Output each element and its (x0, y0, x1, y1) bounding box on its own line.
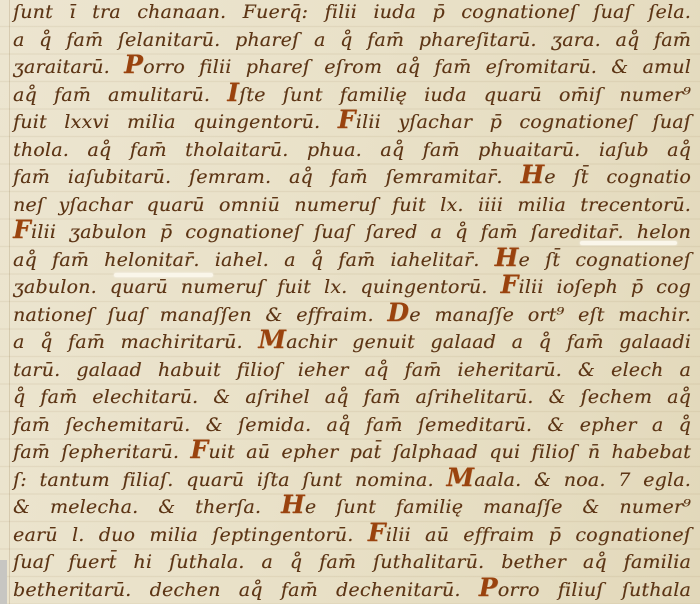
manuscript-line-6: thola. aq̊ fam̄ tholaitarū. phua. aq̊ fa… (13, 137, 691, 165)
initial-letter: H (281, 490, 305, 519)
text-segment: thola. aq̊ fam̄ tholaitarū. phua. aq̊ fa… (13, 139, 691, 161)
text-segment: e manaſſe ort⁹ eſt machir. (409, 304, 691, 326)
text-segment: a q̊ fam̄ machiritarū. (13, 331, 258, 353)
underline-mark-helon (580, 241, 677, 245)
text-segment: nationeſ ſuaſ manaſſen & effraim. (13, 304, 387, 326)
text-segment: ilii ioſeph p̄ cog (518, 276, 691, 298)
manuscript-text-block: ſunt ī tra chanaan. Fuerq̄: filii iuda p… (0, 0, 700, 604)
initial-letter: F (190, 435, 208, 464)
initial-letter: P (124, 50, 143, 79)
manuscript-page: ſunt ī tra chanaan. Fuerq̄: filii iuda p… (0, 0, 700, 604)
initial-letter: D (387, 298, 409, 327)
text-segment: fuit lxxvi milia quingentorū. (13, 111, 338, 133)
manuscript-line-17: fam̄ ſepheritarū. Fuit aū epher pat̄ ſal… (13, 439, 691, 467)
text-segment: ʒaraitarū. (13, 56, 124, 78)
manuscript-line-18: ſ: tantum filiaſ. quarū iſta ſunt nomina… (13, 467, 691, 495)
text-segment: ſ: tantum filiaſ. quarū iſta ſunt nomina… (13, 469, 446, 491)
text-segment: e ſunt familię manaſſe & numer⁹ (305, 496, 691, 518)
text-segment: orro filiuſ ſuthala (498, 579, 691, 601)
manuscript-line-2: a q̊ fam̄ ſelanitarū. phareſ a q̊ fam̄ p… (13, 27, 691, 55)
text-segment: achir genuit galaad a q̊ fam̄ galaadi (286, 331, 691, 353)
manuscript-line-16: fam̄ ſechemitarū. & ſemida. aq̊ fam̄ ſem… (13, 412, 691, 440)
text-segment: ſunt ī tra chanaan. Fuerq̄: filii iuda p… (13, 1, 691, 23)
initial-letter: F (13, 215, 31, 244)
text-segment: & melecha. & therſa. (13, 496, 281, 518)
text-segment: fam̄ ſechemitarū. & ſemida. aq̊ fam̄ ſem… (13, 414, 691, 436)
manuscript-line-8: neſ yſachar quarū omniū numeruſ fuit lx.… (13, 192, 691, 220)
text-segment: earū l. duo milia ſeptingentorū. (13, 524, 368, 546)
initial-letter: F (500, 270, 518, 299)
text-segment: uit aū epher pat̄ ſalphaad qui filioſ n̄… (208, 441, 691, 463)
initial-letter: M (258, 325, 286, 354)
manuscript-line-21: ſuaſ fuert̄ hi ſuthala. a q̊ fam̄ ſuthal… (13, 549, 691, 577)
text-segment: a q̊ fam̄ ſelanitarū. phareſ a q̊ fam̄ p… (13, 29, 691, 51)
initial-letter: H (495, 243, 519, 272)
manuscript-line-20: earū l. duo milia ſeptingentorū. Filii a… (13, 522, 691, 550)
text-segment: aq̊ fam̄ amulitarū. (13, 84, 227, 106)
photo-edge (0, 560, 7, 604)
text-segment: orro filii phareſ eſrom aq̊ fam̄ eſromit… (143, 56, 691, 78)
text-segment: aala. & noa. 7 egla. (474, 469, 691, 491)
text-segment: e ſt̄ cognationeſ (519, 249, 692, 271)
initial-letter: H (520, 160, 544, 189)
text-segment: aq̊ fam̄ helonitar̄. iahel. a q̊ fam̄ ia… (13, 249, 495, 271)
initial-letter: M (446, 463, 474, 492)
initial-letter: F (368, 518, 386, 547)
text-segment: betheritarū. dechen aq̊ fam̄ dechenitarū… (13, 579, 479, 601)
manuscript-line-19: & melecha. & therſa. He ſunt familię man… (13, 494, 691, 522)
manuscript-line-1: ſunt ī tra chanaan. Fuerq̄: filii iuda p… (13, 0, 691, 27)
manuscript-line-13: a q̊ fam̄ machiritarū. Machir genuit gal… (13, 329, 691, 357)
text-segment: neſ yſachar quarū omniū numeruſ fuit lx.… (13, 194, 691, 216)
manuscript-line-11: ʒabulon. quarū numeruſ fuit lx. quingent… (13, 274, 691, 302)
manuscript-line-7: fam̄ iaſubitarū. ſemram. aq̊ fam̄ ſemram… (13, 164, 691, 192)
manuscript-line-14: tarū. galaad habuit filioſ ieher aq̊ fam… (13, 357, 691, 385)
manuscript-line-10: aq̊ fam̄ helonitar̄. iahel. a q̊ fam̄ ia… (13, 247, 691, 275)
text-segment: ilii yſachar p̄ cognationeſ ſuaſ (356, 111, 691, 133)
manuscript-line-22: betheritarū. dechen aq̊ fam̄ dechenitarū… (13, 577, 691, 604)
text-segment: ſte ſunt familię iuda quarū om̄iſ numer⁹ (239, 84, 691, 106)
text-segment: fam̄ ſepheritarū. (13, 441, 190, 463)
manuscript-line-3: ʒaraitarū. Porro filii phareſ eſrom aq̊ … (13, 54, 691, 82)
text-segment: ſuaſ fuert̄ hi ſuthala. a q̊ fam̄ ſuthal… (13, 551, 691, 573)
text-segment: ʒabulon. quarū numeruſ fuit lx. quingent… (13, 276, 500, 298)
initial-letter: P (479, 573, 498, 602)
text-segment: e ſt̄ cognatio (544, 166, 691, 188)
initial-letter: F (338, 105, 356, 134)
initial-letter: I (227, 78, 239, 107)
text-segment: ilii ʒabulon p̄ cognationeſ ſuaſ ſared a… (31, 221, 691, 243)
text-segment: tarū. galaad habuit filioſ ieher aq̊ fam… (13, 359, 691, 381)
underline-mark-helonitar (114, 273, 213, 277)
text-segment: q̊ fam̄ elechitarū. & aſrihel aq̊ fam̄ a… (13, 386, 691, 408)
manuscript-line-5: fuit lxxvi milia quingentorū. Filii yſac… (13, 109, 691, 137)
manuscript-line-12: nationeſ ſuaſ manaſſen & effraim. De man… (13, 302, 691, 330)
manuscript-line-15: q̊ fam̄ elechitarū. & aſrihel aq̊ fam̄ a… (13, 384, 691, 412)
text-segment: ilii aū effraim p̄ cognationeſ (386, 524, 691, 546)
text-segment: fam̄ iaſubitarū. ſemram. aq̊ fam̄ ſemram… (13, 166, 520, 188)
